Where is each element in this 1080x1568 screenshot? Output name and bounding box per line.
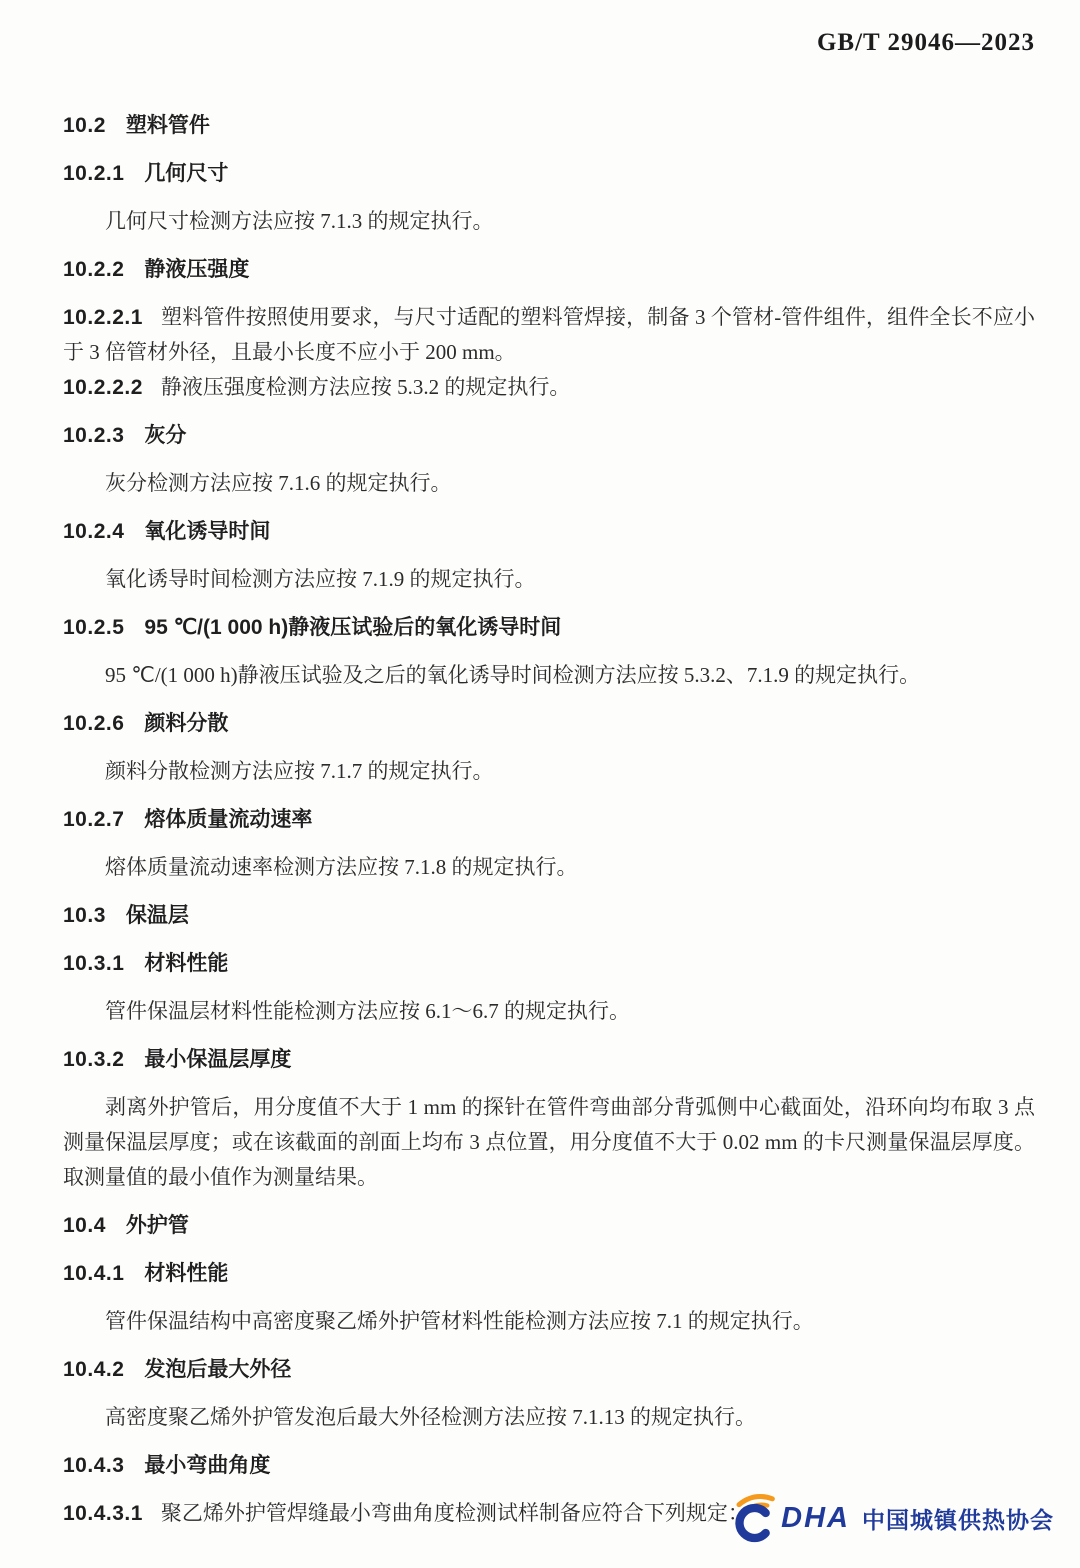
heading-10-4-1: 10.4.1材料性能	[63, 1256, 1035, 1291]
clause-title: 材料性能	[144, 1262, 228, 1285]
cdha-logo-icon	[729, 1486, 779, 1550]
heading-10-2-2: 10.2.2静液压强度	[63, 252, 1035, 287]
clause-number: 10.3.1	[63, 952, 124, 975]
paragraph: 管件保温层材料性能检测方法应按 6.1～6.7 的规定执行。	[63, 994, 1035, 1029]
cdha-org-name: 中国城镇供热协会	[862, 1502, 1054, 1535]
clause-number: 10.2.2.1	[63, 306, 143, 329]
clause-title: 保温层	[126, 904, 189, 927]
clause-number: 10.2.5	[63, 616, 124, 639]
clause-number: 10.2.1	[63, 162, 124, 185]
clause-number: 10.3	[63, 904, 106, 927]
clause-title: 几何尺寸	[144, 162, 228, 185]
heading-10-2-3: 10.2.3灰分	[63, 418, 1035, 453]
clause-number: 10.3.2	[63, 1048, 124, 1071]
clause-number: 10.4.1	[63, 1262, 124, 1285]
numbered-paragraph-10-2-2-1: 10.2.2.1塑料管件按照使用要求，与尺寸适配的塑料管焊接，制备 3 个管材-…	[63, 300, 1035, 370]
paragraph: 高密度聚乙烯外护管发泡后最大外径检测方法应按 7.1.13 的规定执行。	[63, 1400, 1035, 1435]
clause-title: 最小弯曲角度	[144, 1454, 270, 1477]
standard-number: GB/T 29046—2023	[817, 29, 1035, 56]
paragraph: 95 ℃/(1 000 h)静液压试验及之后的氧化诱导时间检测方法应按 5.3.…	[63, 658, 1035, 693]
heading-10-2-5: 10.2.595 ℃/(1 000 h)静液压试验后的氧化诱导时间	[63, 610, 1035, 645]
heading-10-2-4: 10.2.4氧化诱导时间	[63, 514, 1035, 549]
heading-10-2-7: 10.2.7熔体质量流动速率	[63, 802, 1035, 837]
heading-10-4-2: 10.4.2发泡后最大外径	[63, 1352, 1035, 1387]
heading-10-3-2: 10.3.2最小保温层厚度	[63, 1042, 1035, 1077]
clause-number: 10.2.2.2	[63, 376, 143, 399]
clause-title: 外护管	[126, 1214, 189, 1237]
clause-number: 10.4.3.1	[63, 1502, 143, 1525]
heading-10-2-1: 10.2.1几何尺寸	[63, 156, 1035, 191]
paragraph: 灰分检测方法应按 7.1.6 的规定执行。	[63, 466, 1035, 501]
heading-10-3: 10.3保温层	[63, 898, 1035, 933]
clause-title: 静液压强度	[144, 258, 249, 281]
clause-number: 10.2.4	[63, 520, 124, 543]
heading-10-2-6: 10.2.6颜料分散	[63, 706, 1035, 741]
cdha-association-logo: DHA 中国城镇供热协会	[729, 1486, 1054, 1550]
clause-title: 灰分	[144, 424, 186, 447]
clause-number: 10.4.2	[63, 1358, 124, 1381]
paragraph: 管件保温结构中高密度聚乙烯外护管材料性能检测方法应按 7.1 的规定执行。	[63, 1304, 1035, 1339]
clause-number: 10.2.7	[63, 808, 124, 831]
clause-number: 10.2.2	[63, 258, 124, 281]
paragraph-text: 塑料管件按照使用要求，与尺寸适配的塑料管焊接，制备 3 个管材-管件组件，组件全…	[63, 305, 1035, 364]
paragraph-text: 聚乙烯外护管焊缝最小弯曲角度检测试样制备应符合下列规定：	[161, 1501, 749, 1525]
clause-title: 熔体质量流动速率	[144, 808, 312, 831]
clause-title: 发泡后最大外径	[144, 1358, 291, 1381]
document-header: GB/T 29046—2023	[63, 28, 1035, 58]
clause-title: 氧化诱导时间	[144, 520, 270, 543]
paragraph-text: 静液压强度检测方法应按 5.3.2 的规定执行。	[161, 375, 571, 399]
clause-number: 10.4.3	[63, 1454, 124, 1477]
cdha-abbreviation: DHA	[781, 1502, 850, 1535]
heading-10-3-1: 10.3.1材料性能	[63, 946, 1035, 981]
numbered-paragraph-10-2-2-2: 10.2.2.2静液压强度检测方法应按 5.3.2 的规定执行。	[63, 370, 1035, 405]
heading-10-2: 10.2塑料管件	[63, 108, 1035, 143]
paragraph: 几何尺寸检测方法应按 7.1.3 的规定执行。	[63, 204, 1035, 239]
clause-title: 塑料管件	[126, 114, 210, 137]
clause-number: 10.2	[63, 114, 106, 137]
clause-title: 颜料分散	[144, 712, 228, 735]
paragraph: 颜料分散检测方法应按 7.1.7 的规定执行。	[63, 754, 1035, 789]
document-body: 10.2塑料管件 10.2.1几何尺寸 几何尺寸检测方法应按 7.1.3 的规定…	[63, 108, 1035, 1531]
heading-10-4: 10.4外护管	[63, 1208, 1035, 1243]
document-page: GB/T 29046—2023 10.2塑料管件 10.2.1几何尺寸 几何尺寸…	[0, 0, 1080, 1531]
paragraph: 熔体质量流动速率检测方法应按 7.1.8 的规定执行。	[63, 850, 1035, 885]
paragraph: 剥离外护管后，用分度值不大于 1 mm 的探针在管件弯曲部分背弧侧中心截面处，沿…	[63, 1090, 1035, 1195]
paragraph: 氧化诱导时间检测方法应按 7.1.9 的规定执行。	[63, 562, 1035, 597]
clause-title: 最小保温层厚度	[144, 1048, 291, 1071]
clause-number: 10.2.3	[63, 424, 124, 447]
clause-number: 10.4	[63, 1214, 106, 1237]
clause-title: 95 ℃/(1 000 h)静液压试验后的氧化诱导时间	[144, 616, 561, 639]
heading-10-4-3: 10.4.3最小弯曲角度	[63, 1448, 1035, 1483]
clause-number: 10.2.6	[63, 712, 124, 735]
clause-title: 材料性能	[144, 952, 228, 975]
